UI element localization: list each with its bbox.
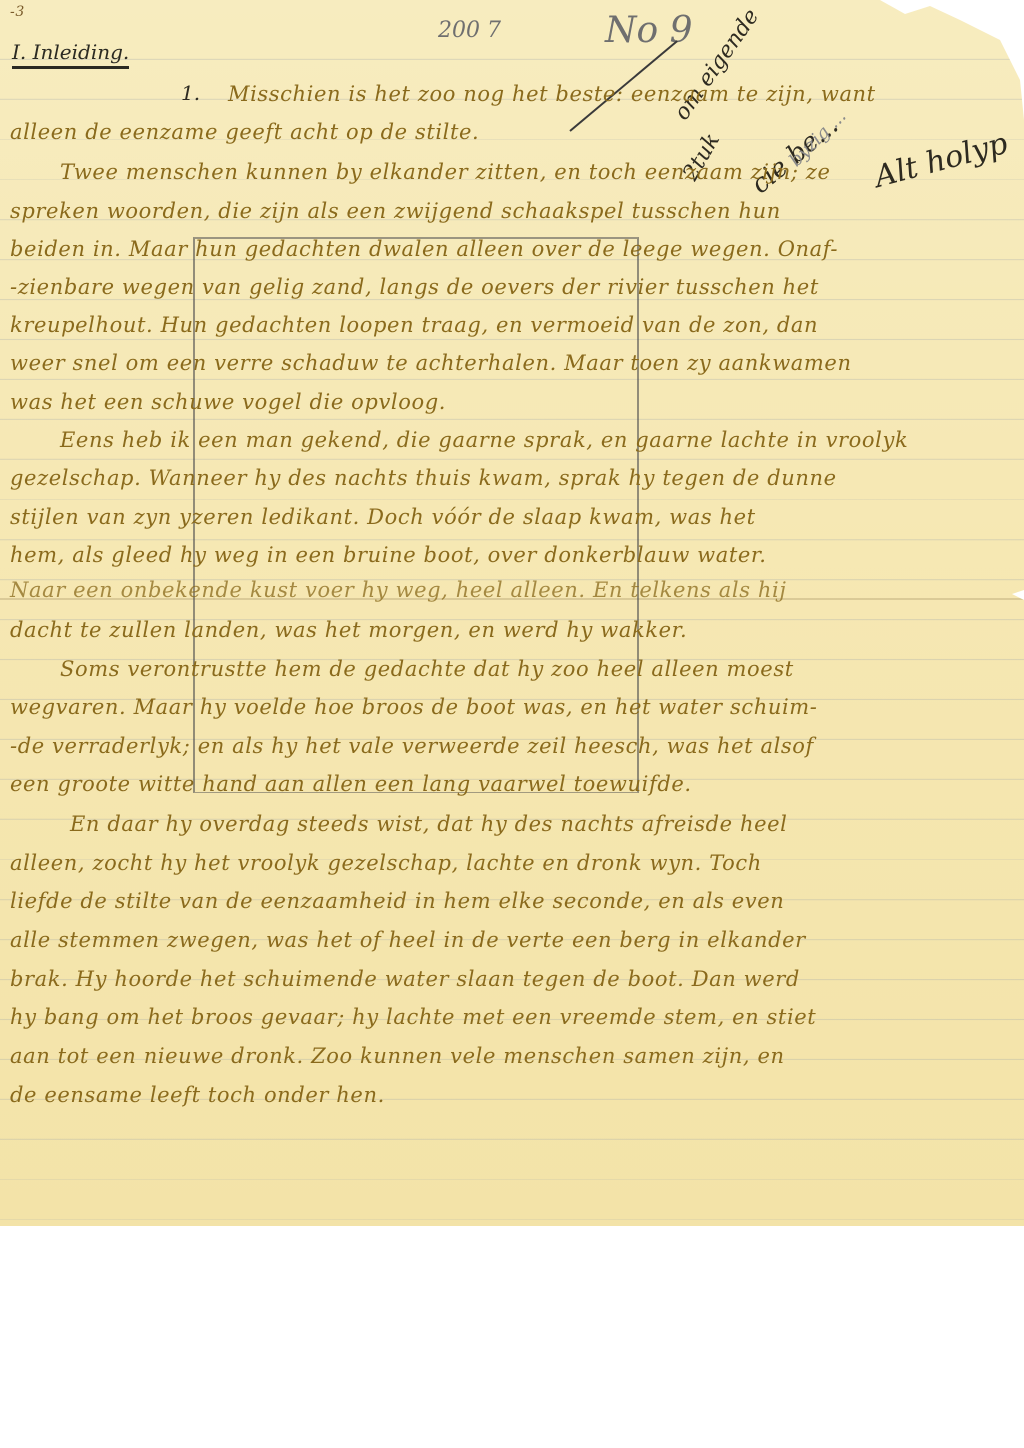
text-line: brak. Hy hoorde het schuimende water sla…: [10, 967, 800, 991]
section-number: 1.: [181, 81, 200, 105]
text-line: gezelschap. Wanneer hy des nachts thuis …: [10, 466, 837, 490]
text-line: hem, als gleed hy weg in een bruine boot…: [10, 543, 767, 567]
text-line: stijlen van zyn yzeren ledikant. Doch vó…: [10, 505, 756, 529]
text-line: -zienbare wegen van gelig zand, langs de…: [10, 275, 819, 299]
text-line: beiden in. Maar hun gedachten dwalen all…: [10, 237, 838, 261]
text-line: Misschien is het zoo nog het beste: eenz…: [228, 82, 876, 106]
text-line: wegvaren. Maar hy voelde hoe broos de bo…: [10, 695, 817, 719]
archive-mark-no: No 9: [605, 10, 693, 51]
text-line: alle stemmen zwegen, was het of heel in …: [10, 928, 806, 952]
text-line: kreupelhout. Hun gedachten loopen traag,…: [10, 313, 818, 337]
text-line: Soms verontrustte hem de gedachte dat hy…: [60, 657, 794, 681]
text-line: En daar hy overdag steeds wist, dat hy d…: [70, 812, 787, 836]
page-mark: -3: [10, 4, 25, 20]
text-line: hy bang om het broos gevaar; hy lachte m…: [10, 1005, 816, 1029]
text-line: aan tot een nieuwe dronk. Zoo kunnen vel…: [10, 1044, 785, 1068]
text-line: Eens heb ik een man gekend, die gaarne s…: [60, 428, 908, 452]
text-line: liefde de stilte van de eenzaamheid in h…: [10, 889, 784, 913]
text-line: Naar een onbekende kust voer hy weg, hee…: [10, 578, 786, 602]
text-line: dacht te zullen landen, was het morgen, …: [10, 618, 687, 642]
text-line: alleen de eenzame geeft acht op de stilt…: [10, 120, 479, 144]
text-line: -de verraderlyk; en als hy het vale verw…: [10, 734, 814, 758]
text-line: een groote witte hand aan allen een lang…: [10, 772, 692, 796]
section-heading: I. Inleiding.: [12, 40, 129, 69]
text-line: Twee menschen kunnen by elkander zitten,…: [60, 160, 831, 184]
text-line: de eensame leeft toch onder hen.: [10, 1083, 385, 1107]
text-line: spreken woorden, die zijn als een zwijge…: [10, 199, 781, 223]
text-line: was het een schuwe vogel die opvloog.: [10, 390, 446, 414]
text-line: weer snel om een verre schaduw te achter…: [10, 351, 852, 375]
archive-mark-number: 200 7: [438, 18, 501, 43]
manuscript-page: -3 200 7 No 9 I. Inleiding. 1. om eigend…: [0, 0, 1024, 1226]
text-line: alleen, zocht hy het vroolyk gezelschap,…: [10, 851, 762, 875]
